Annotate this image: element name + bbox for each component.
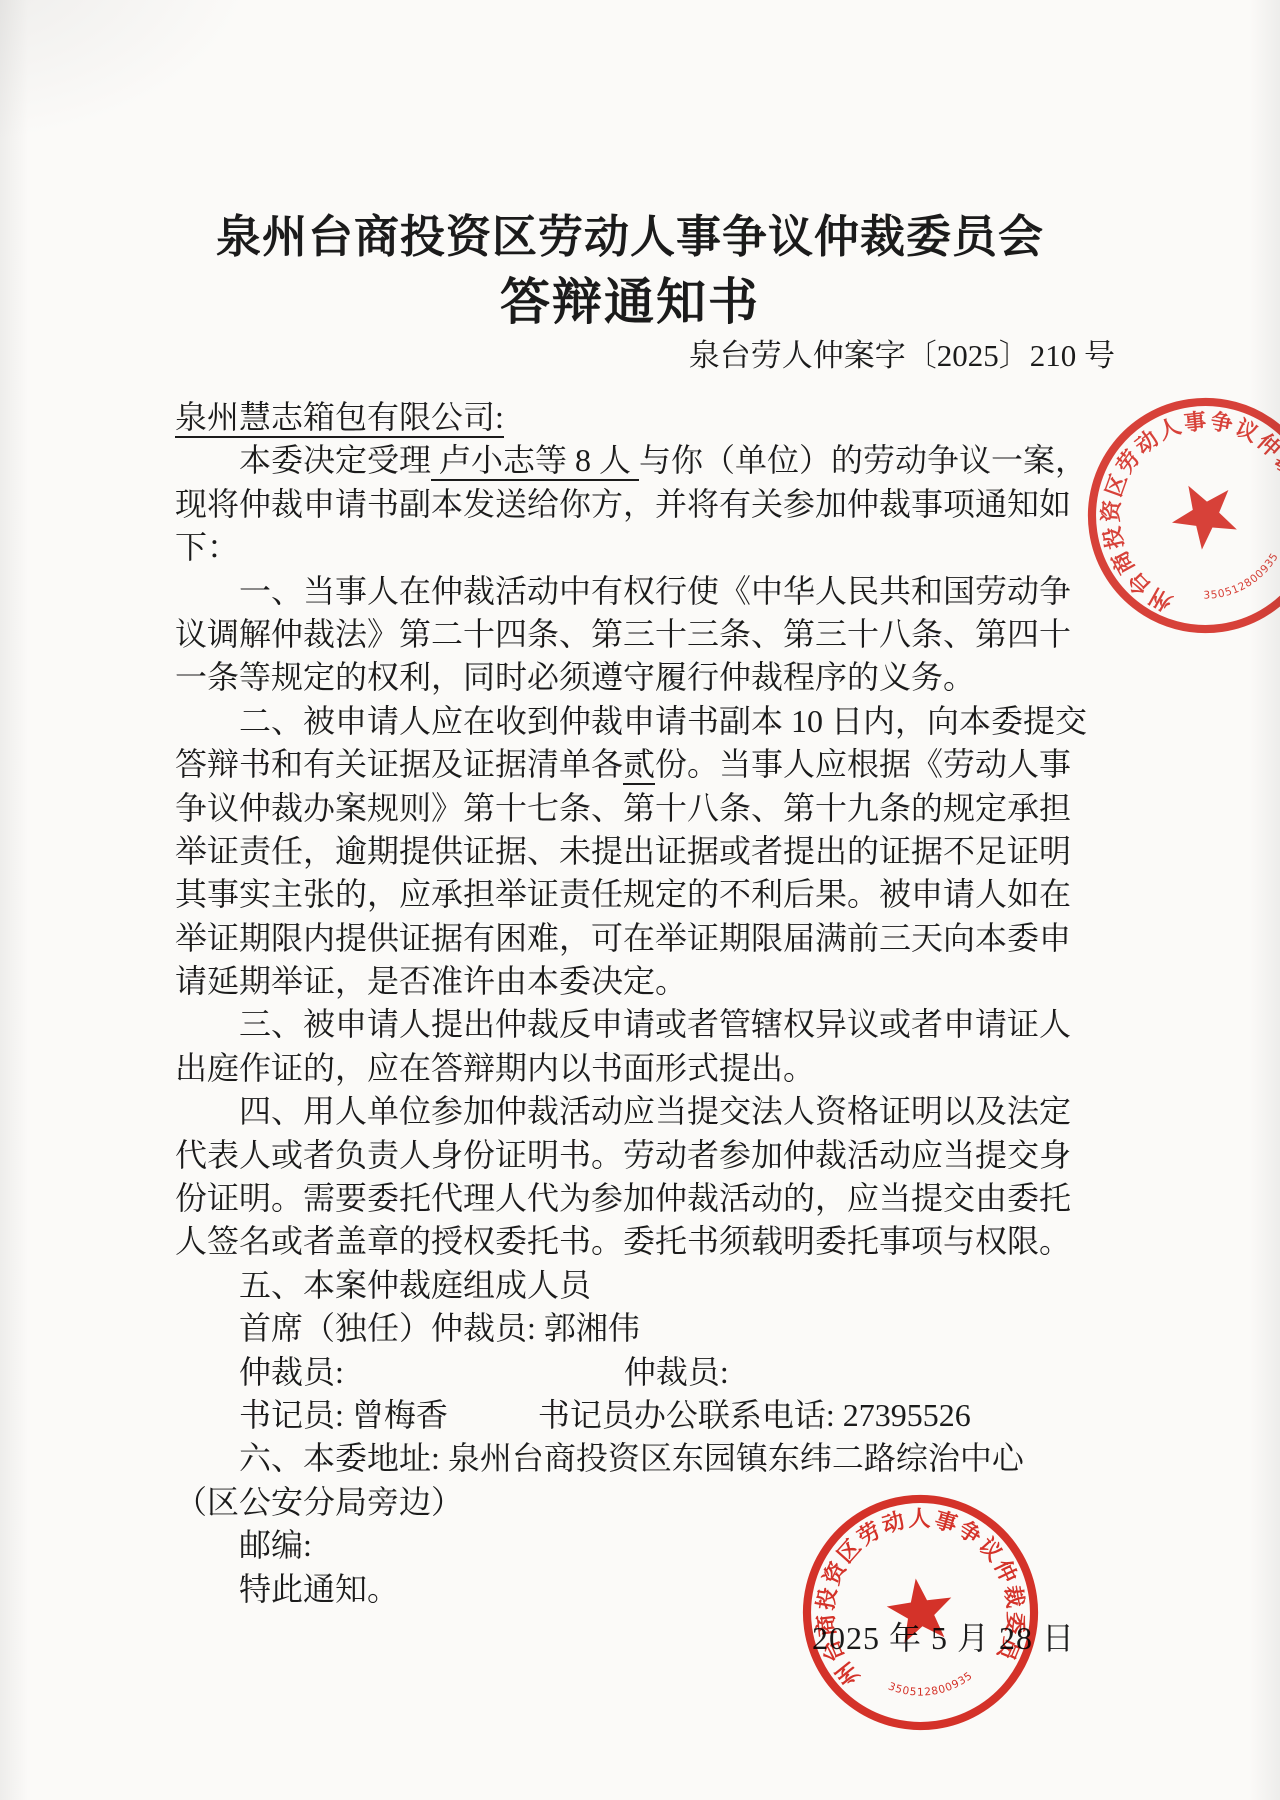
text-segment: 出庭作证的，应在答辩期内以书面形式提出。 bbox=[175, 1050, 815, 1086]
text-segment: 举证期限内提供证据有困难，可在举证期限届满前三天向本委申 bbox=[175, 920, 1071, 956]
text-line: 二、被申请人应在收到仲裁申请书副本 10 日内，向本委提交 bbox=[175, 700, 1085, 743]
text-line: 四、用人单位参加仲裁活动应当提交法人资格证明以及法定 bbox=[175, 1090, 1085, 1133]
issue-date: 2025 年 5 月 28 日 bbox=[812, 1613, 1075, 1659]
text-segment: 代表人或者负责人身份证明书。劳动者参加仲裁活动应当提交身 bbox=[175, 1137, 1071, 1173]
underlined-text: 卢小志等 8 人 bbox=[431, 442, 639, 481]
text-segment: 邮编: bbox=[239, 1527, 312, 1563]
text-line: 请延期举证，是否准许由本委决定。 bbox=[175, 960, 1085, 1003]
text-line: 首席（独任）仲裁员: 郭湘伟 bbox=[175, 1307, 1085, 1350]
text-segment: 举证责任，逾期提供证据、未提出证据或者提出的证据不足证明 bbox=[175, 833, 1071, 869]
text-segment: 五、本案仲裁庭组成人员 bbox=[239, 1267, 591, 1303]
text-line: 书记员: 曾梅香书记员办公联系电话: 27395526 bbox=[175, 1394, 1085, 1437]
star-icon bbox=[1160, 470, 1247, 556]
text-line: 代表人或者负责人身份证明书。劳动者参加仲裁活动应当提交身 bbox=[175, 1134, 1085, 1177]
text-segment: 其事实主张的，应承担举证责任规定的不利后果。被申请人如在 bbox=[175, 876, 1071, 912]
text-segment: 份证明。需要委托代理人代为参加仲裁活动的，应当提交由委托 bbox=[175, 1180, 1071, 1216]
org-title: 泉州台商投资区劳动人事争议仲裁委员会 bbox=[175, 200, 1085, 265]
body-lines: 泉州慧志箱包有限公司:本委决定受理 卢小志等 8 人 与你（单位）的劳动争议一案… bbox=[175, 396, 1085, 1611]
text-line: 特此通知。 bbox=[175, 1568, 1085, 1611]
text-segment: 一条等规定的权利，同时必须遵守履行仲裁程序的义务。 bbox=[175, 659, 975, 695]
text-line: 下： bbox=[175, 526, 1085, 569]
text-segment: 仲裁员: bbox=[624, 1354, 729, 1390]
text-line: 三、被申请人提出仲裁反申请或者管辖权异议或者申请证人 bbox=[175, 1003, 1085, 1046]
text-line: 出庭作证的，应在答辩期内以书面形式提出。 bbox=[175, 1047, 1085, 1090]
text-line: 五、本案仲裁庭组成人员 bbox=[175, 1264, 1085, 1307]
text-segment: 一、当事人在仲裁活动中有权行使《中华人民共和国劳动争 bbox=[239, 573, 1071, 609]
text-segment: 请延期举证，是否准许由本委决定。 bbox=[175, 963, 687, 999]
text-line: 其事实主张的，应承担举证责任规定的不利后果。被申请人如在 bbox=[175, 873, 1085, 916]
text-line: 人签名或者盖章的授权委托书。委托书须载明委托事项与权限。 bbox=[175, 1220, 1085, 1263]
text-segment: 六、本委地址: 泉州台商投资区东园镇东纬二路综治中心 bbox=[239, 1440, 1024, 1476]
text-segment: 争议仲裁办案规则》第十七条、第十八条、第十九条的规定承担 bbox=[175, 790, 1071, 826]
text-line: 议调解仲裁法》第二十四条、第三十三条、第三十八条、第四十 bbox=[175, 613, 1085, 656]
text-segment: 书记员办公联系电话: 27395526 bbox=[538, 1397, 971, 1433]
scanned-document-page: 泉州台商投资区劳动人事争议仲裁委员会 答辩通知书 泉台劳人仲案字〔2025〕21… bbox=[0, 0, 1280, 1800]
text-line: （区公安分局旁边） bbox=[175, 1481, 1085, 1524]
text-line: 举证责任，逾期提供证据、未提出证据或者提出的证据不足证明 bbox=[175, 830, 1085, 873]
text-line: 份证明。需要委托代理人代为参加仲裁活动的，应当提交由委托 bbox=[175, 1177, 1085, 1220]
text-segment: 答辩书和有关证据及证据清单各 bbox=[175, 746, 623, 782]
text-segment: 议调解仲裁法》第二十四条、第三十三条、第三十八条、第四十 bbox=[175, 616, 1071, 652]
text-line: 现将仲裁申请书副本发送给你方，并将有关参加仲裁事项通知如 bbox=[175, 483, 1085, 526]
text-segment: 四、用人单位参加仲裁活动应当提交法人资格证明以及法定 bbox=[239, 1093, 1071, 1129]
text-line: 泉州慧志箱包有限公司: bbox=[175, 396, 1085, 439]
seal-code-text: 350512800935 bbox=[1198, 547, 1280, 612]
case-number: 泉台劳人仲案字〔2025〕210 号 bbox=[689, 330, 1115, 375]
text-line: 一条等规定的权利，同时必须遵守履行仲裁程序的义务。 bbox=[175, 656, 1085, 699]
text-segment: 仲裁员: bbox=[239, 1354, 344, 1390]
text-line: 争议仲裁办案规则》第十七条、第十八条、第十九条的规定承担 bbox=[175, 787, 1085, 830]
text-segment: 与你（单位）的劳动争议一案， bbox=[639, 442, 1087, 478]
text-line: 举证期限内提供证据有困难，可在举证期限届满前三天向本委申 bbox=[175, 917, 1085, 960]
text-segment: 人签名或者盖章的授权委托书。委托书须载明委托事项与权限。 bbox=[175, 1223, 1071, 1259]
text-segment: （区公安分局旁边） bbox=[175, 1484, 463, 1520]
text-segment: 份。当事人应根据《劳动人事 bbox=[655, 746, 1071, 782]
text-segment: 首席（独任）仲裁员: 郭湘伟 bbox=[239, 1310, 640, 1346]
text-segment: 特此通知。 bbox=[239, 1571, 399, 1607]
text-segment: 下： bbox=[175, 529, 239, 565]
text-segment: 现将仲裁申请书副本发送给你方，并将有关参加仲裁事项通知如 bbox=[175, 486, 1071, 522]
underlined-text: 贰 bbox=[623, 746, 655, 785]
text-line: 邮编: bbox=[175, 1524, 1085, 1567]
text-line: 仲裁员:仲裁员: bbox=[175, 1351, 1085, 1394]
text-segment: 书记员: 曾梅香 bbox=[239, 1397, 448, 1433]
text-segment: 三、被申请人提出仲裁反申请或者管辖权异议或者申请证人 bbox=[239, 1006, 1071, 1042]
text-line: 六、本委地址: 泉州台商投资区东园镇东纬二路综治中心 bbox=[175, 1437, 1085, 1480]
text-segment: 本委决定受理 bbox=[239, 442, 431, 478]
doc-title: 答辩通知书 bbox=[175, 262, 1085, 334]
underlined-text: 泉州慧志箱包有限公司: bbox=[175, 399, 504, 438]
text-line: 一、当事人在仲裁活动中有权行使《中华人民共和国劳动争 bbox=[175, 570, 1085, 613]
text-line: 本委决定受理 卢小志等 8 人 与你（单位）的劳动争议一案， bbox=[175, 439, 1085, 482]
seal-code-text: 350512800935 bbox=[885, 1668, 977, 1704]
text-segment: 二、被申请人应在收到仲裁申请书副本 10 日内，向本委提交 bbox=[239, 703, 1087, 739]
text-line: 答辩书和有关证据及证据清单各贰份。当事人应根据《劳动人事 bbox=[175, 743, 1085, 786]
